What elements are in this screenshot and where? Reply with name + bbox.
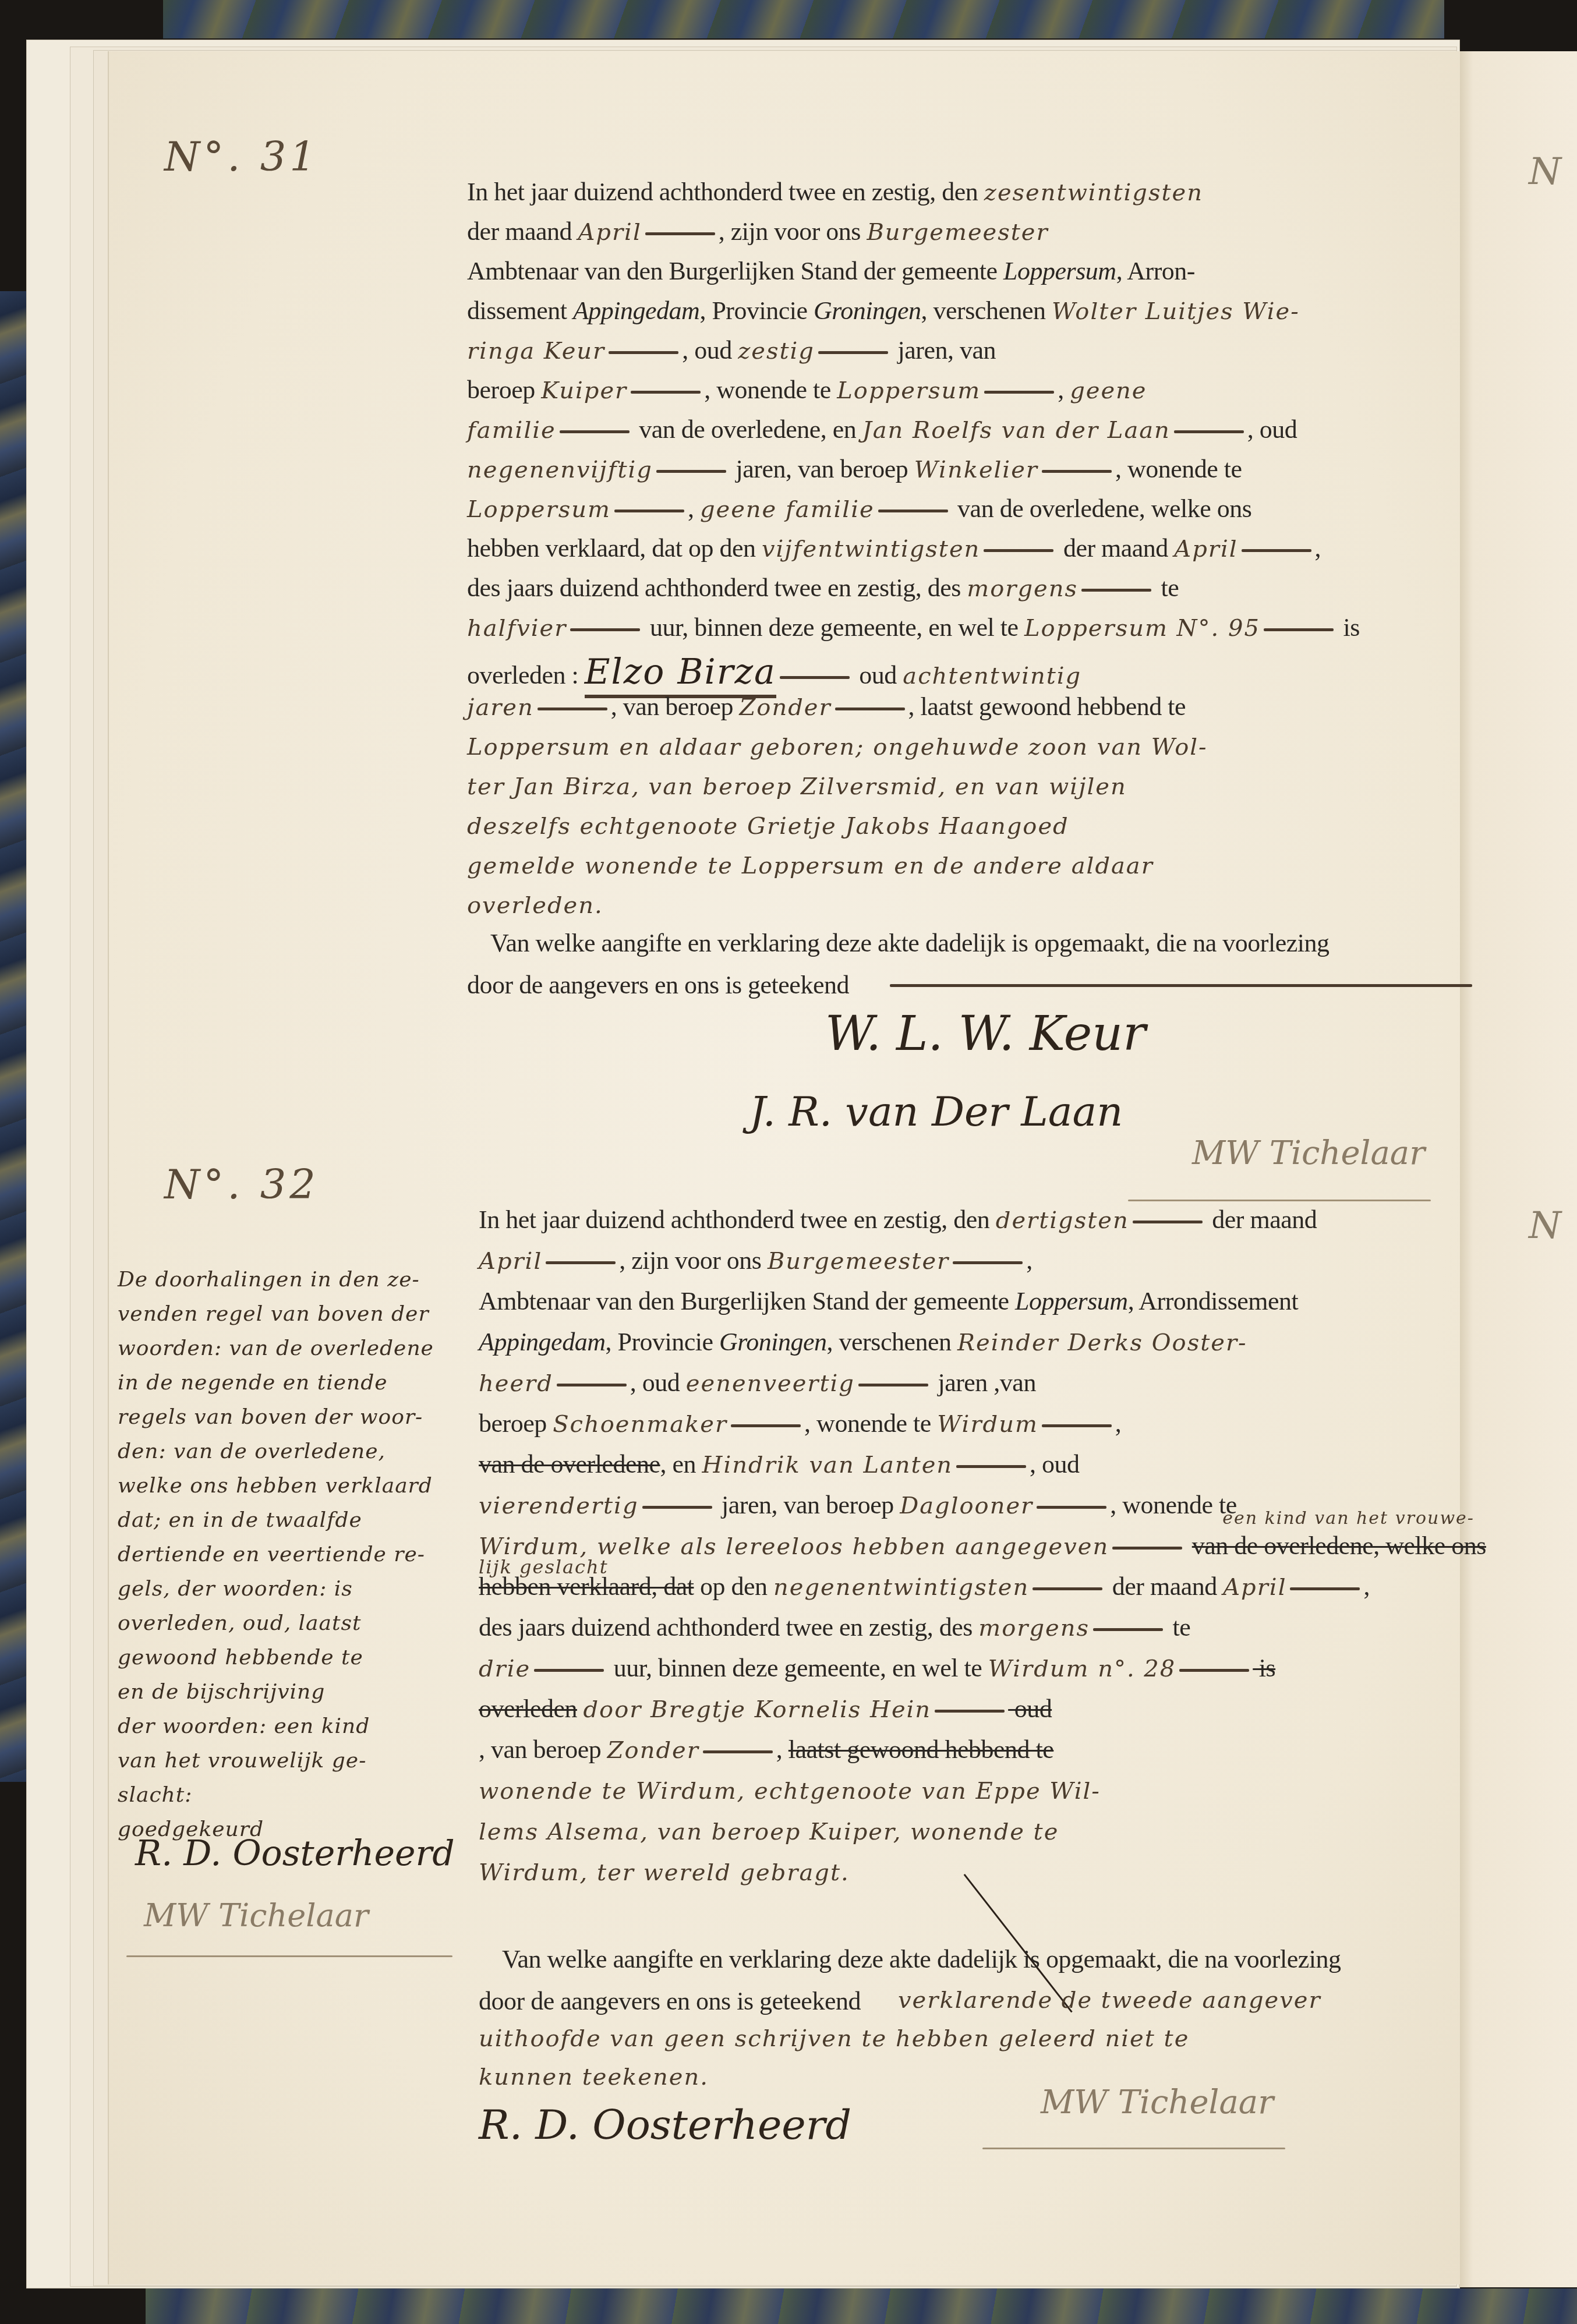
signature-flourish	[982, 2148, 1285, 2149]
fill-line	[614, 510, 684, 512]
record-line: In het jaar duizend achthonderd twee en …	[479, 1207, 1317, 1233]
handwritten-entry: morgens	[978, 1615, 1090, 1642]
margin-signature-oosterheerd: R. D. Oosterheerd	[135, 1833, 455, 1874]
handwritten-entry: jaren	[467, 694, 534, 721]
record-line: wonende te Wirdum, echtgenoote van Eppe …	[479, 1778, 1101, 1803]
margin-note-line: den: van de overledene,	[118, 1434, 467, 1469]
fill-line	[538, 708, 607, 710]
printed-text: Ambtenaar van den Burgerlijken Stand der…	[467, 257, 1003, 285]
fill-line	[570, 628, 640, 631]
printed-text: , wonende te	[1110, 1491, 1237, 1519]
handwritten-entry: Loppersum en aldaar geboren; ongehuwde z…	[467, 734, 1208, 760]
struck-printed-text: van de overledene, welke ons	[1192, 1531, 1486, 1560]
record-line: Loppersum en aldaar geboren; ongehuwde z…	[467, 734, 1208, 759]
handwritten-entry: overleden.	[467, 892, 603, 919]
signature-van-der-laan: J. R. van Der Laan	[749, 1088, 1123, 1136]
signature-keur: W. L. W. Keur	[825, 1006, 1145, 1062]
handwritten-entry: Zonder	[740, 694, 832, 721]
register-page: N°. 31 In het jaar duizend achthonderd t…	[108, 51, 1460, 2284]
printed-text: beroep	[467, 376, 541, 404]
entry-number-31: N°. 31	[164, 133, 319, 181]
printed-text: , van beroep	[479, 1735, 607, 1764]
printed-text: van de overledene, welke ons	[952, 494, 1252, 523]
signature-tichelaar-31: MW Tichelaar	[1192, 1134, 1425, 1172]
handwritten-entry: Winkelier	[914, 457, 1038, 483]
fill-line	[1037, 1506, 1106, 1509]
handwritten-entry: deszelfs echtgenoote Grietje Jakobs Haan…	[467, 813, 1069, 840]
printed-text: jaren, van beroep	[716, 1491, 900, 1519]
handwritten-entry: heerd	[479, 1370, 553, 1397]
printed-text: , Provincie	[605, 1328, 719, 1356]
fill-line	[1133, 1221, 1203, 1223]
fill-line	[1242, 549, 1311, 552]
printed-text: der maand	[1057, 534, 1174, 563]
entry-number-32: N°. 32	[164, 1161, 319, 1208]
handwritten-entry: April	[479, 1248, 542, 1275]
struck-printed-text: overleden	[479, 1695, 577, 1723]
fill-line	[890, 984, 1472, 987]
printed-text: , Arron-	[1116, 257, 1195, 285]
fill-line	[557, 1384, 627, 1386]
printed-text: , oud	[630, 1368, 686, 1397]
record-line: , van beroep Zonder, laatst gewoond hebb…	[479, 1737, 1053, 1763]
struck-printed-text: hebben verklaard, dat	[479, 1572, 694, 1601]
printed-text: , verschenen	[921, 296, 1052, 325]
record-line: halfvier uur, binnen deze gemeente, en w…	[467, 615, 1360, 641]
printed-text: Loppersum	[1015, 1287, 1128, 1315]
record-line: Ambtenaar van den Burgerlijken Stand der…	[479, 1289, 1298, 1314]
record-line: ter Jan Birza, van beroep Zilversmid, en…	[467, 773, 1127, 799]
fill-line	[1174, 430, 1244, 433]
printed-text: op den	[694, 1572, 773, 1601]
handwritten-entry: negenentwintigsten	[773, 1574, 1029, 1601]
printed-text: ,	[1115, 1409, 1122, 1438]
printed-text: In het jaar duizend achthonderd twee en …	[467, 178, 984, 206]
handwritten-entry: geene	[1070, 377, 1147, 404]
handwritten-entry: April	[1223, 1574, 1286, 1601]
record-line: der maand April, zijn voor ons Burgemees…	[467, 219, 1049, 245]
margin-note-line: van het vrouwelijk ge-	[118, 1743, 467, 1778]
printed-text: Ambtenaar van den Burgerlijken Stand der…	[479, 1287, 1015, 1315]
record-line: Wirdum, ter wereld gebragt.	[479, 1859, 850, 1885]
closing-formula: door de aangevers en ons is geteekend	[479, 1989, 861, 2014]
fill-line	[534, 1669, 604, 1672]
struck-printed-text: laatst gewoond hebbend te	[789, 1735, 1053, 1764]
printed-text: jaren, van	[892, 336, 996, 365]
fill-line	[1112, 1547, 1182, 1550]
record-line: dissement Appingedam, Provincie Groninge…	[467, 298, 1300, 324]
closing-handwritten: kunnen teekenen.	[479, 2065, 709, 2089]
fill-line	[1081, 589, 1151, 592]
printed-text: te	[1166, 1613, 1190, 1642]
printed-text: ,	[688, 494, 700, 523]
record-line: In het jaar duizend achthonderd twee en …	[467, 179, 1203, 205]
printed-text: Appingedam	[479, 1328, 605, 1356]
handwritten-entry: April	[578, 219, 641, 246]
fill-line	[642, 1506, 712, 1509]
printed-text: Groningen	[814, 296, 921, 325]
signature-oosterheerd: R. D. Oosterheerd	[479, 2101, 851, 2149]
fill-line	[1179, 1669, 1249, 1672]
handwritten-entry: door Bregtje Kornelis Hein	[583, 1696, 931, 1723]
printed-text: jaren ,van	[932, 1368, 1036, 1397]
printed-text: der maand	[467, 217, 578, 246]
handwritten-entry: morgens	[967, 575, 1078, 602]
handwritten-entry: dertigsten	[996, 1207, 1129, 1234]
record-line: gemelde wonende te Loppersum en de ander…	[467, 853, 1154, 878]
printed-text: Loppersum	[1003, 257, 1116, 285]
margin-note-line: regels van boven der woor-	[118, 1400, 467, 1434]
record-line: hebben verklaard, dat op den negenentwin…	[479, 1574, 1370, 1600]
printed-text: overleden :	[467, 661, 585, 689]
record-line: Ambtenaar van den Burgerlijken Stand der…	[467, 259, 1195, 284]
margin-note-line: slacht:	[118, 1778, 467, 1812]
printed-text: , laatst gewoond hebbend te	[908, 692, 1186, 721]
signature-flourish	[126, 1955, 452, 1957]
margin-note-line: dertiende en veertiende re-	[118, 1537, 467, 1572]
printed-text: , oud	[1247, 415, 1297, 444]
handwritten-entry: negenenvijftig	[467, 457, 653, 483]
margin-note-line: venden regel van boven der	[118, 1297, 467, 1331]
handwritten-entry: wonende te Wirdum, echtgenoote van Eppe …	[479, 1778, 1101, 1805]
record-line: Appingedam, Provincie Groningen, versche…	[479, 1329, 1247, 1355]
printed-text: , verschenen	[827, 1328, 957, 1356]
printed-text: ,	[776, 1735, 789, 1764]
handwritten-entry: drie	[479, 1656, 531, 1682]
printed-text: , wonende te	[704, 376, 837, 404]
handwritten-entry: gemelde wonende te Loppersum en de ander…	[467, 853, 1154, 879]
record-line: Wirdum, welke als lereeloos hebben aange…	[479, 1533, 1486, 1559]
printed-text: Groningen	[719, 1328, 827, 1356]
fill-line	[984, 549, 1053, 552]
margin-note-line: gewoond hebbende te	[118, 1640, 467, 1675]
facing-page-mark: N	[1529, 1204, 1561, 1247]
printed-text: , wonende te	[1115, 455, 1242, 483]
printed-text: , zijn voor ons	[619, 1246, 768, 1275]
handwritten-entry: Loppersum N°. 95	[1024, 615, 1260, 642]
printed-text: , Provincie	[699, 296, 814, 325]
binding-marble-bottom	[146, 2288, 1577, 2324]
handwritten-entry: Reinder Derks Ooster-	[957, 1329, 1247, 1356]
margin-note-line: overleden, oud, laatst	[118, 1606, 467, 1640]
printed-text: , en	[660, 1450, 702, 1478]
printed-text: jaren, van beroep	[730, 455, 914, 483]
record-line: ringa Keur, oud zestig jaren, van	[467, 338, 996, 363]
margin-note-line: De doorhalingen in den ze-	[118, 1262, 467, 1297]
handwritten-entry: Daglooner	[900, 1492, 1033, 1519]
signature-tichelaar-32: MW Tichelaar	[1041, 2084, 1274, 2121]
printed-text: dissement	[467, 296, 573, 325]
printed-text: ,	[1058, 376, 1070, 404]
fill-line	[818, 351, 888, 354]
printed-text	[1186, 1531, 1192, 1560]
fill-line	[656, 470, 726, 473]
fill-line	[956, 1465, 1026, 1468]
handwritten-entry: zestig	[738, 338, 815, 365]
handwritten-entry: Jan Roelfs van der Laan	[862, 417, 1171, 444]
printed-text: van de overledene, en	[633, 415, 862, 444]
margin-note-line: woorden: van de overledene	[118, 1331, 467, 1366]
margin-note-line: welke ons hebben verklaard	[118, 1469, 467, 1503]
margin-note-corrections: De doorhalingen in den ze-venden regel v…	[118, 1262, 467, 1847]
fill-line	[953, 1261, 1023, 1264]
facing-page-edge: N N	[1459, 51, 1577, 2287]
fill-line	[1093, 1628, 1163, 1631]
record-line: des jaars duizend achthonderd twee en ze…	[467, 575, 1179, 601]
struck-printed-text: oud	[1008, 1695, 1052, 1723]
closing-handwritten: uithoofde van geen schrijven te hebben g…	[479, 2027, 1189, 2050]
fill-line	[731, 1424, 801, 1427]
handwritten-entry: Hindrik van Lanten	[702, 1452, 953, 1478]
facing-page-mark: N	[1529, 150, 1561, 193]
struck-printed-text: van de overledene	[479, 1450, 660, 1478]
record-line: des jaars duizend achthonderd twee en ze…	[479, 1615, 1190, 1640]
fill-line	[858, 1384, 928, 1386]
fill-line	[560, 430, 630, 433]
printed-text: des jaars duizend achthonderd twee en ze…	[467, 574, 967, 602]
printed-text: ,	[1315, 534, 1321, 563]
record-line: overleden door Bregtje Kornelis Hein oud	[479, 1696, 1052, 1722]
record-line: Loppersum, geene familie van de overlede…	[467, 496, 1251, 522]
handwritten-entry: Wirdum	[937, 1411, 1038, 1438]
record-line: familie van de overledene, en Jan Roelfs…	[467, 417, 1297, 443]
record-line: April, zijn voor ons Burgemeester,	[479, 1248, 1033, 1274]
printed-text: hebben verklaard, dat op den	[467, 534, 762, 563]
signature-flourish	[1128, 1200, 1431, 1201]
margin-signature-tichelaar: MW Tichelaar	[144, 1897, 369, 1934]
record-line: negenenvijftig jaren, van beroep Winkeli…	[467, 457, 1242, 482]
record-line: beroep Schoenmaker, wonende te Wirdum,	[479, 1411, 1121, 1437]
record-line: lems Alsema, van beroep Kuiper, wonende …	[479, 1819, 1059, 1844]
margin-note-line: en de bijschrijving	[118, 1675, 467, 1709]
handwritten-entry: Loppersum	[837, 377, 981, 404]
fill-line	[609, 351, 678, 354]
fill-line	[546, 1261, 616, 1264]
record-line: overleden : Elzo Birza oud achtentwintig	[467, 655, 1081, 689]
record-line: beroep Kuiper, wonende te Loppersum, gee…	[467, 377, 1147, 403]
handwritten-entry: Wolter Luitjes Wie-	[1052, 298, 1300, 325]
fill-line	[984, 391, 1054, 394]
printed-text: oud	[853, 661, 903, 689]
fill-line	[645, 232, 715, 235]
handwritten-entry: ter Jan Birza, van beroep Zilversmid, en…	[467, 773, 1127, 800]
handwritten-entry: Loppersum	[467, 496, 611, 523]
handwritten-entry: lems Alsema, van beroep Kuiper, wonende …	[479, 1819, 1059, 1845]
printed-text	[577, 1695, 584, 1723]
fill-line	[835, 708, 905, 710]
handwritten-entry: geene familie	[700, 496, 875, 523]
margin-note-line: in de negende en tiende	[118, 1366, 467, 1400]
fill-line	[1033, 1587, 1102, 1590]
fill-line	[1042, 470, 1112, 473]
margin-note-line: gels, der woorden: is	[118, 1572, 467, 1606]
record-line: jaren, van beroep Zonder, laatst gewoond…	[467, 694, 1186, 720]
fill-line	[878, 510, 948, 512]
handwritten-entry: achtentwintig	[903, 663, 1081, 689]
closing-formula: Van welke aangifte en verklaring deze ak…	[490, 931, 1329, 956]
handwritten-entry: familie	[467, 417, 556, 444]
printed-text: , wonende te	[804, 1409, 937, 1438]
record-line: hebben verklaard, dat op den vijfentwint…	[467, 536, 1321, 561]
handwritten-entry: ringa Keur	[467, 338, 605, 365]
handwritten-entry: Schoenmaker	[553, 1411, 727, 1438]
printed-text: is	[1337, 613, 1360, 642]
fill-line	[1290, 1587, 1360, 1590]
closing-formula: door de aangevers en ons is geteekend	[467, 972, 849, 998]
printed-text: beroep	[479, 1409, 553, 1438]
printed-text: , oud	[682, 336, 738, 365]
handwritten-entry: Kuiper	[541, 377, 627, 404]
printed-text: , van beroep	[611, 692, 740, 721]
printed-text: des jaars duizend achthonderd twee en ze…	[479, 1613, 978, 1642]
struck-printed-text: is	[1253, 1654, 1275, 1682]
record-line: van de overledene, en Hindrik van Lanten…	[479, 1452, 1080, 1477]
fill-line	[631, 391, 701, 394]
handwritten-entry: Burgemeester	[768, 1248, 949, 1275]
printed-text: , Arrondissement	[1128, 1287, 1299, 1315]
handwritten-entry: halfvier	[467, 615, 567, 642]
handwritten-entry: vierendertig	[479, 1492, 639, 1519]
handwritten-entry: Elzo Birza	[585, 652, 776, 698]
handwritten-entry: Wirdum n°. 28	[988, 1656, 1176, 1682]
handwritten-entry: eenenveertig	[686, 1370, 855, 1397]
fill-line	[780, 676, 850, 679]
printed-text: der maand	[1106, 1572, 1223, 1601]
printed-text: uur, binnen deze gemeente, en wel te	[643, 613, 1024, 642]
closing-formula: Van welke aangifte en verklaring deze ak…	[502, 1947, 1341, 1972]
printed-text: , zijn voor ons	[719, 217, 867, 246]
printed-text: ,	[1363, 1572, 1370, 1601]
record-line: heerd, oud eenenveertig jaren ,van	[479, 1370, 1036, 1396]
printed-text: der maand	[1206, 1205, 1317, 1234]
fill-line	[1042, 1424, 1112, 1427]
fill-line	[1264, 628, 1334, 631]
margin-note-line: der woorden: een kind	[118, 1709, 467, 1743]
printed-text: Appingedam	[573, 296, 699, 325]
printed-text: ,	[1026, 1246, 1033, 1275]
printed-text: , oud	[1030, 1450, 1080, 1478]
printed-text: uur, binnen deze gemeente, en wel te	[607, 1654, 988, 1682]
binding-marble-top	[163, 0, 1444, 38]
closing-handwritten: verklarende de tweede aangever	[898, 1989, 1321, 2012]
record-line: vierendertig jaren, van beroep Daglooner…	[479, 1492, 1237, 1518]
printed-text: te	[1155, 574, 1179, 602]
record-line: deszelfs echtgenoote Grietje Jakobs Haan…	[467, 813, 1069, 839]
printed-text: In het jaar duizend achthonderd twee en …	[479, 1205, 996, 1234]
handwritten-entry: Burgemeester	[867, 219, 1048, 246]
fill-line	[703, 1750, 773, 1753]
handwritten-entry: zesentwintigsten	[984, 179, 1203, 206]
handwritten-entry: Zonder	[607, 1737, 699, 1764]
handwritten-entry: April	[1174, 536, 1237, 563]
handwritten-entry: vijfentwintigsten	[762, 536, 980, 563]
handwritten-entry: Wirdum, ter wereld gebragt.	[479, 1859, 850, 1886]
record-line: drie uur, binnen deze gemeente, en wel t…	[479, 1656, 1275, 1681]
interlinear-insertion: een kind van het vrouwe-	[1222, 1510, 1475, 1527]
record-line: overleden.	[467, 892, 603, 918]
margin-note-line: dat; en in de twaalfde	[118, 1503, 467, 1537]
fill-line	[935, 1710, 1005, 1713]
